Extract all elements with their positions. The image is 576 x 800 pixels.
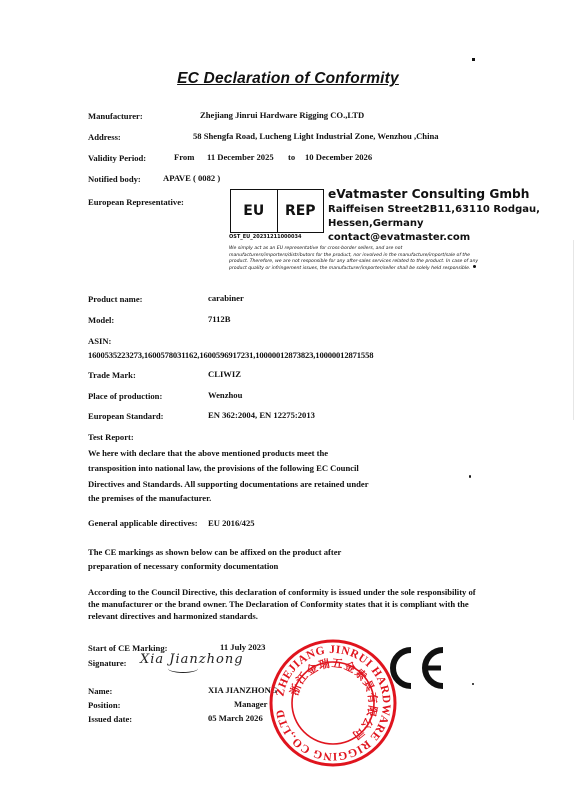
directives-label: General applicable directives: (88, 518, 198, 528)
declaration-line-3: Directives and Standards. All supporting… (88, 477, 369, 492)
signature-label: Signature: (88, 658, 127, 668)
trade-mark-label: Trade Mark: (88, 370, 136, 380)
issued-date-value: 05 March 2026 (208, 713, 263, 723)
speck-mark (469, 475, 471, 478)
declaration-line-2: transposition into national law, the pro… (88, 461, 359, 476)
eu-rep-email: contact@evatmaster.com (328, 232, 470, 243)
notified-body-value: APAVE ( 0082 ) (163, 173, 220, 183)
validity-from-word: From (174, 152, 194, 162)
document-title: EC Declaration of Conformity (0, 70, 576, 88)
trade-mark-value: CLIWIZ (208, 369, 241, 379)
speck-mark (472, 683, 474, 685)
position-value: Manager (234, 699, 267, 709)
eu-rep-address-1: Raiffeisen Street2B11,63110 Rodgau, (328, 204, 540, 215)
model-value: 7112B (208, 314, 230, 324)
eu-rep-code: OST_EU_20231211000034 (229, 234, 301, 240)
validity-from-date: 11 December 2025 (207, 152, 274, 162)
standard-value: EN 362:2004, EN 12275:2013 (208, 410, 315, 420)
company-seal-stamp: ZHEJIANG JINRUI HARDWARE RIGGING CO.,LTD… (268, 638, 398, 768)
eu-rep-label: European Representative: (88, 197, 184, 207)
eu-rep-disclaimer: We simply act as an EU representative fo… (229, 246, 479, 272)
directives-value: EU 2016/425 (208, 518, 255, 528)
rep-badge-text: REP (277, 190, 324, 232)
asin-label: ASIN: (88, 336, 111, 346)
ce-mark-icon (385, 646, 447, 690)
declaration-line-1: We here with declare that the above ment… (88, 447, 328, 461)
eu-rep-badge: EU REP (230, 189, 324, 233)
speck-mark (472, 58, 475, 61)
validity-to-date: 10 December 2026 (305, 152, 372, 162)
model-label: Model: (88, 315, 114, 325)
speck-mark (473, 265, 476, 268)
issued-date-label: Issued date: (88, 714, 132, 724)
council-line-3: relevant directives and harmonized stand… (88, 609, 258, 624)
signature-flourish (168, 664, 198, 673)
place-label: Place of production: (88, 391, 162, 401)
product-name-label: Product name: (88, 294, 143, 304)
address-label: Address: (88, 132, 121, 142)
product-name-value: carabiner (208, 293, 244, 303)
manufacturer-label: Manufacturer: (88, 111, 143, 121)
manufacturer-value: Zhejiang Jinrui Hardware Rigging CO.,LTD (200, 110, 364, 120)
notified-body-label: Notified body: (88, 174, 141, 184)
ce-note-line-2: preparation of necessary conformity docu… (88, 559, 278, 574)
declaration-line-4: the premises of the manufacturer. (88, 491, 211, 506)
position-label: Position: (88, 700, 120, 710)
eu-badge-text: EU (231, 190, 277, 232)
eu-rep-address-2: Hessen,Germany (328, 218, 423, 229)
name-label: Name: (88, 686, 112, 696)
start-ce-value: 11 July 2023 (220, 642, 265, 652)
test-report-label: Test Report: (88, 432, 134, 442)
validity-to-word: to (288, 152, 295, 162)
ce-note-line-1: The CE markings as shown below can be af… (88, 545, 341, 560)
scan-edge-shadow (573, 240, 574, 420)
asin-value: 1600535223273,1600578031162,160059691723… (88, 350, 373, 360)
place-value: Wenzhou (208, 390, 242, 400)
validity-label: Validity Period: (88, 153, 146, 163)
standard-label: European Standard: (88, 411, 164, 421)
address-value: 58 Shengfa Road, Lucheng Light Industria… (193, 131, 439, 141)
eu-rep-company: eVatmaster Consulting Gmbh (328, 187, 529, 201)
